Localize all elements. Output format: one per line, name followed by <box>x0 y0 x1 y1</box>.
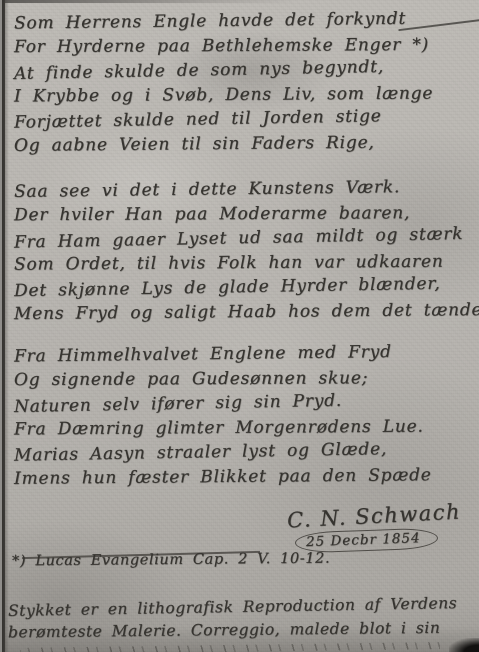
scan-corner-bottom-right <box>449 638 479 652</box>
footnote-block: *) Lucas Evangelium Cap. 2 V. 10-12. <box>12 552 330 568</box>
poem-line: Mens Fryd og saligt Haab hos dem det tæn… <box>14 297 479 326</box>
scan-edge-top <box>0 0 297 3</box>
poem-line: Som Herrens Engle havde det forkyndt <box>14 6 433 36</box>
poem-line: Og aabne Veien til sin Faders Rige, <box>14 130 433 158</box>
poem-stanza-2: Saa see vi det i dette Kunstens Værk. De… <box>14 177 479 324</box>
poem-line: Fra Himmelhvalvet Englene med Fryd <box>14 339 432 369</box>
signature-block: C. N. Schwach 25 Decbr 1854 <box>287 504 461 551</box>
poem-line: Imens hun fæster Blikket paa den Spæde <box>14 463 432 491</box>
signature-date-circled: 25 Decbr 1854 <box>295 528 438 554</box>
signature-name: C. N. Schwach <box>286 499 461 532</box>
poem-stanza-3: Fra Himmelhvalvet Englene med Fryd Og si… <box>14 342 432 489</box>
manuscript-page: Som Herrens Engle havde det forkyndt For… <box>0 0 479 652</box>
scan-shadow-bottom <box>0 626 479 652</box>
poem-stanza-1: Som Herrens Engle havde det forkyndt For… <box>14 9 433 156</box>
poem-line: Saa see vi det i dette Kunstens Værk. <box>14 174 479 204</box>
scan-edge-left <box>0 0 10 652</box>
footnote-text: *) Lucas Evangelium Cap. 2 V. 10-12. <box>12 551 330 570</box>
